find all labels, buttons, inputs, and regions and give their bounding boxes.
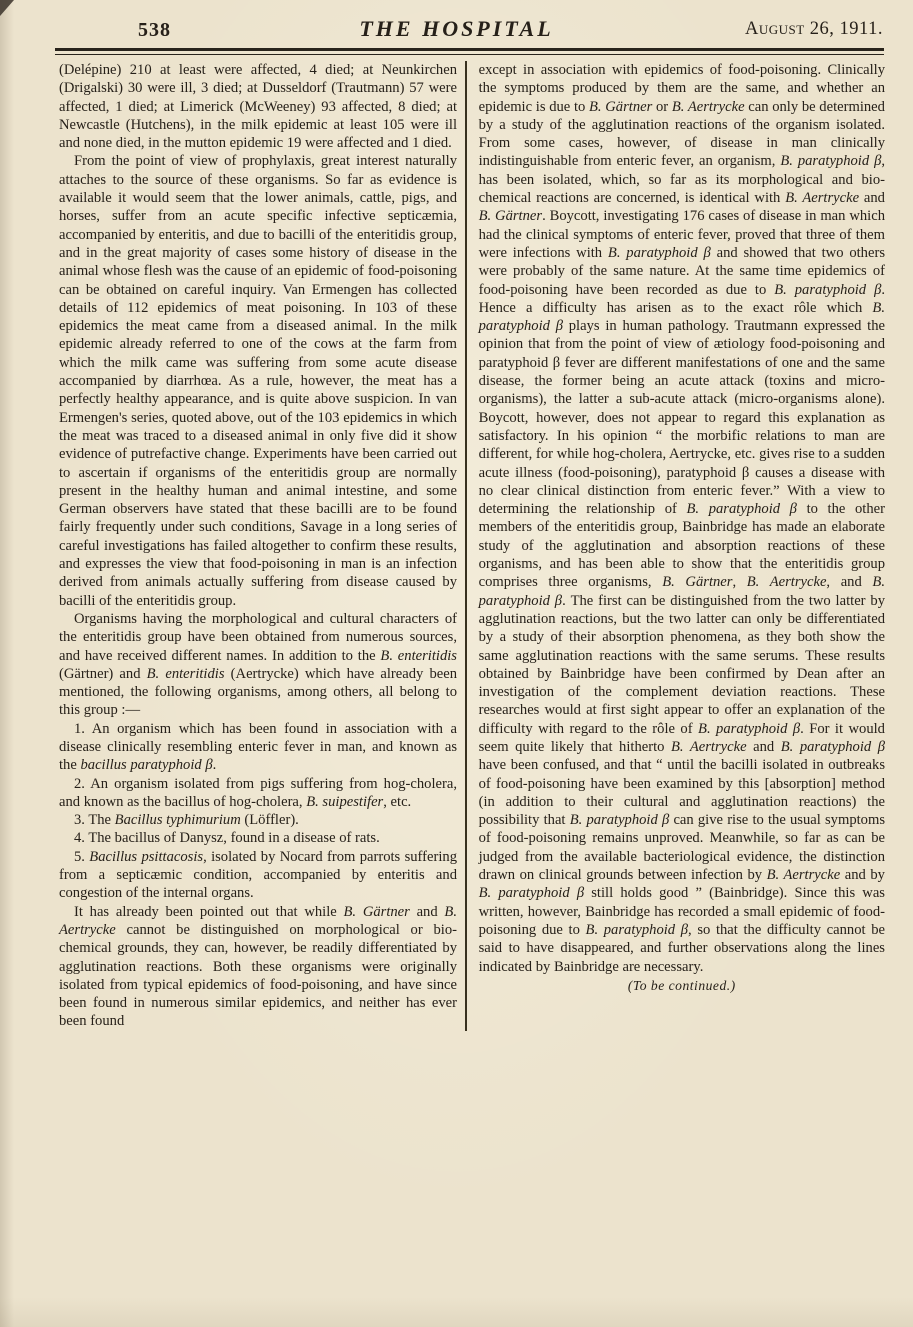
issue-date: August 26, 1911. xyxy=(745,19,883,40)
paragraph: It has already been pointed out that whi… xyxy=(59,903,457,1031)
paragraph: 5. Bacillus psittacosis, isolated by Noc… xyxy=(59,848,457,903)
journal-page: 538 THE HOSPITAL August 26, 1911. (Delép… xyxy=(0,0,913,1327)
page-header: 538 THE HOSPITAL August 26, 1911. xyxy=(0,16,913,48)
paragraph: 3. The Bacillus typhimurium (Löffler). xyxy=(59,811,457,829)
scan-artifact xyxy=(0,0,14,16)
paragraph: (Delépine) 210 at least were affected, 4… xyxy=(59,61,457,152)
header-rule xyxy=(55,48,884,55)
page-number: 538 xyxy=(138,19,171,42)
paragraph: except in association with epidemics of … xyxy=(479,61,885,976)
paragraph: From the point of view of prophylaxis, g… xyxy=(59,152,457,609)
paragraph: 4. The bacillus of Danysz, found in a di… xyxy=(59,829,457,847)
right-column: except in association with epidemics of … xyxy=(479,61,885,1031)
paragraph: 2. An organism isolated from pigs suffer… xyxy=(59,775,457,812)
left-column: (Delépine) 210 at least were affected, 4… xyxy=(59,61,457,1031)
article-body: (Delépine) 210 at least were affected, 4… xyxy=(59,61,885,1031)
paragraph: 1. An organism which has been found in a… xyxy=(59,720,457,775)
paragraph: Organisms having the morphological and c… xyxy=(59,610,457,720)
continuation-note: (To be continued.) xyxy=(479,977,885,995)
column-divider xyxy=(465,61,467,1031)
journal-title: THE HOSPITAL xyxy=(359,16,553,42)
